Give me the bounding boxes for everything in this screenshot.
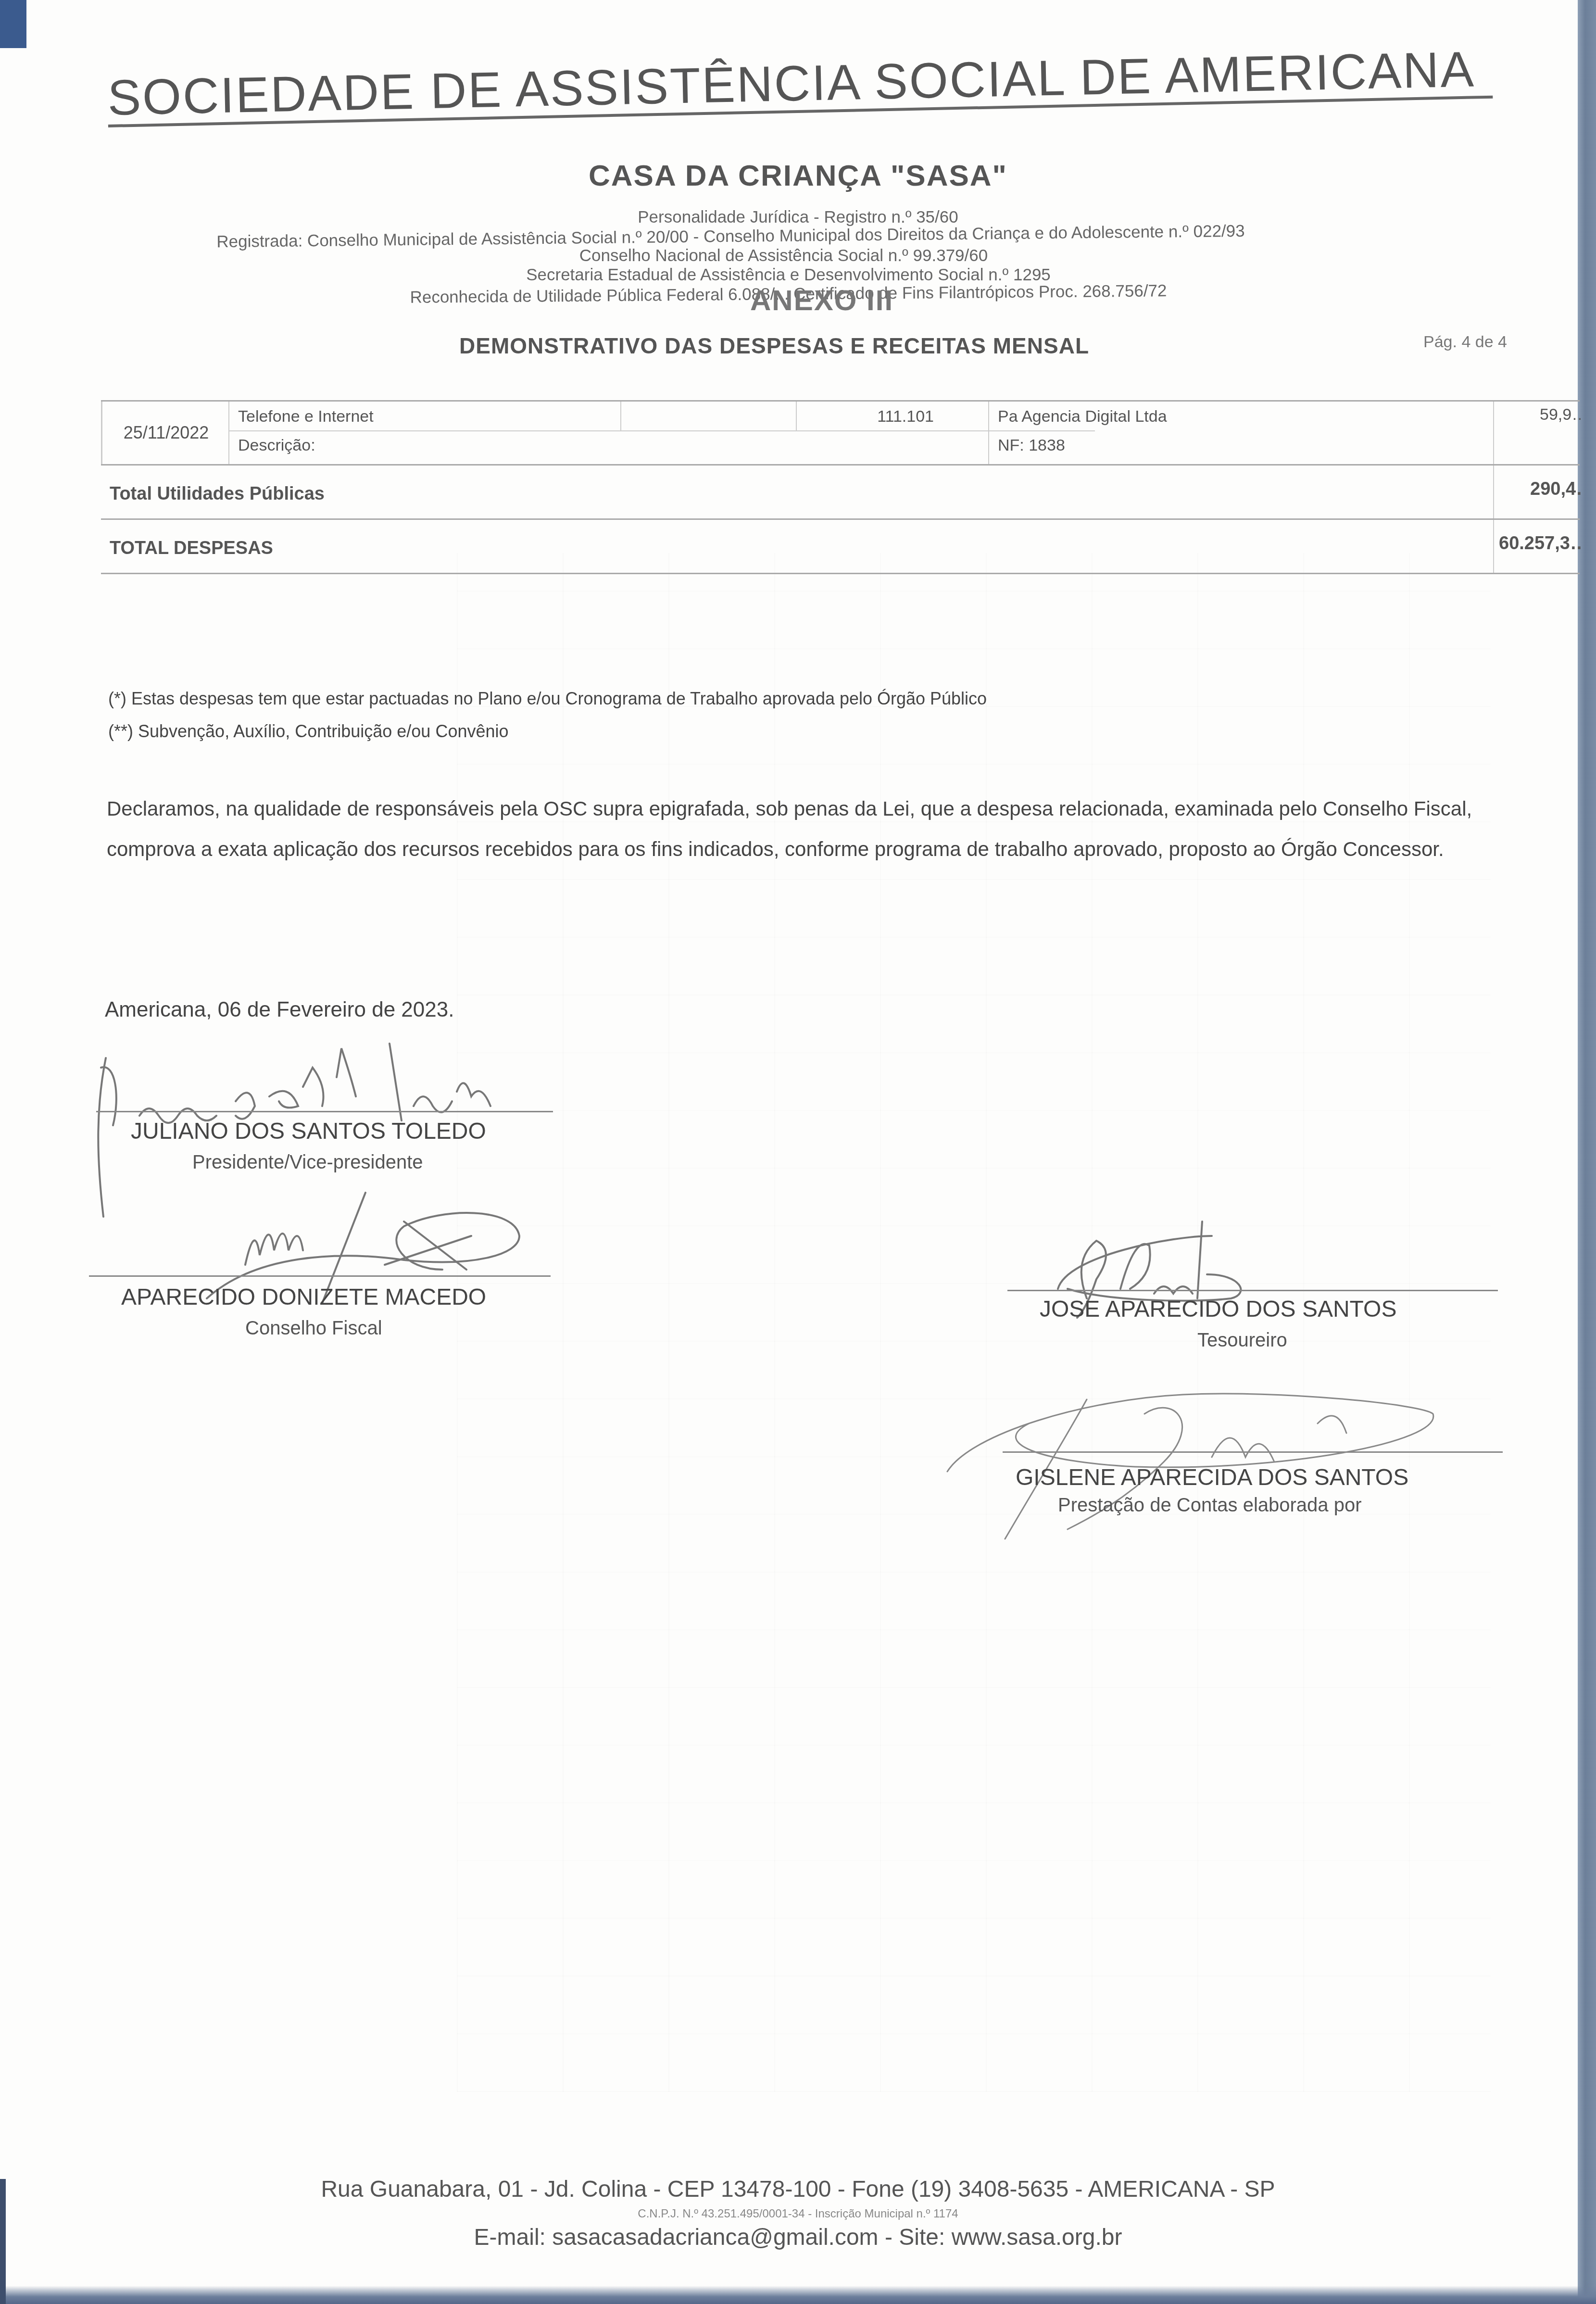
column-divider: [620, 402, 622, 430]
table-row: 25/11/2022 Telefone e Internet Descrição…: [101, 402, 1580, 466]
signatory-role: Conselho Fiscal: [245, 1318, 382, 1339]
page-indicator: Pág. 4 de 4: [1423, 333, 1507, 352]
total-value-cell: 60.257,3…: [1493, 520, 1581, 573]
scan-edge: [0, 0, 26, 48]
place-date: Americana, 06 de Fevereiro de 2023.: [105, 998, 454, 1022]
subtotal-label: Total Utilidades Públicas: [110, 484, 325, 504]
expenses-table: 25/11/2022 Telefone e Internet Descrição…: [101, 400, 1580, 574]
entry-code: 111.101: [877, 407, 934, 426]
row-divider: [229, 430, 1095, 431]
footnote: (*) Estas despesas tem que estar pactuad…: [108, 689, 987, 709]
signatory-name: JOSE APARECIDO DOS SANTOS: [1040, 1296, 1396, 1322]
annex-stamp: ANEXO III: [750, 284, 893, 317]
subtotal-row: Total Utilidades Públicas 290,4…: [101, 466, 1580, 520]
entry-description-cell: Telefone e Internet Descrição:: [228, 402, 893, 464]
signatory-name: GISLENE APARECIDA DOS SANTOS: [1016, 1464, 1408, 1491]
registration-line: Conselho Nacional de Assistência Social …: [0, 246, 1582, 265]
entry-supplier-cell: Pa Agencia Digital Ltda NF: 1838: [988, 402, 1494, 464]
institution-subtitle: CASA DA CRIANÇA "SASA": [0, 159, 1596, 193]
entry-category: Telefone e Internet: [238, 407, 374, 426]
signature-line: [89, 1275, 551, 1277]
scan-edge: [0, 2286, 1596, 2304]
scan-edge: [1578, 0, 1596, 2304]
entry-value-cell: 59,9…: [1493, 402, 1581, 464]
footer-address: Rua Guanabara, 01 - Jd. Colina - CEP 134…: [0, 2176, 1596, 2203]
signatory-role: Presidente/Vice-presidente: [192, 1152, 423, 1173]
entry-date: 25/11/2022: [101, 402, 230, 464]
organization-name: SOCIEDADE DE ASSISTÊNCIA SOCIAL DE AMERI…: [107, 43, 1493, 127]
subtotal-value-cell: 290,4…: [1493, 466, 1581, 518]
signatory-role: Prestação de Contas elaborada por: [1058, 1495, 1362, 1516]
signature-line: [96, 1111, 553, 1112]
signature-line: [1003, 1451, 1503, 1453]
signature-line: [1007, 1290, 1498, 1291]
total-label: TOTAL DESPESAS: [110, 538, 273, 559]
footer-registration-ids: C.N.P.J. N.º 43.251.495/0001-34 - Inscri…: [0, 2207, 1596, 2221]
signatory-name: JULIANO DOS SANTOS TOLEDO: [131, 1118, 486, 1145]
entry-supplier: Pa Agencia Digital Ltda: [998, 407, 1167, 426]
total-value: 60.257,3…: [1499, 533, 1581, 554]
entry-code-cell: 111.101: [796, 402, 963, 430]
declaration-paragraph: Declaramos, na qualidade de responsáveis…: [107, 789, 1549, 869]
signatory-name: APARECIDO DONIZETE MACEDO: [121, 1284, 486, 1310]
subtotal-value: 290,4…: [1530, 479, 1581, 500]
signatory-role: Tesoureiro: [1197, 1330, 1287, 1351]
report-title: DEMONSTRATIVO DAS DESPESAS E RECEITAS ME…: [459, 333, 1089, 359]
entry-value: 59,9…: [1540, 405, 1581, 424]
footnote: (**) Subvenção, Auxílio, Contribuição e/…: [108, 721, 509, 742]
total-row: TOTAL DESPESAS 60.257,3…: [101, 520, 1580, 574]
footer-contact: E-mail: sasacasadacrianca@gmail.com - Si…: [0, 2224, 1596, 2251]
entry-description-label: Descrição:: [238, 436, 315, 455]
entry-invoice: NF: 1838: [998, 436, 1065, 455]
